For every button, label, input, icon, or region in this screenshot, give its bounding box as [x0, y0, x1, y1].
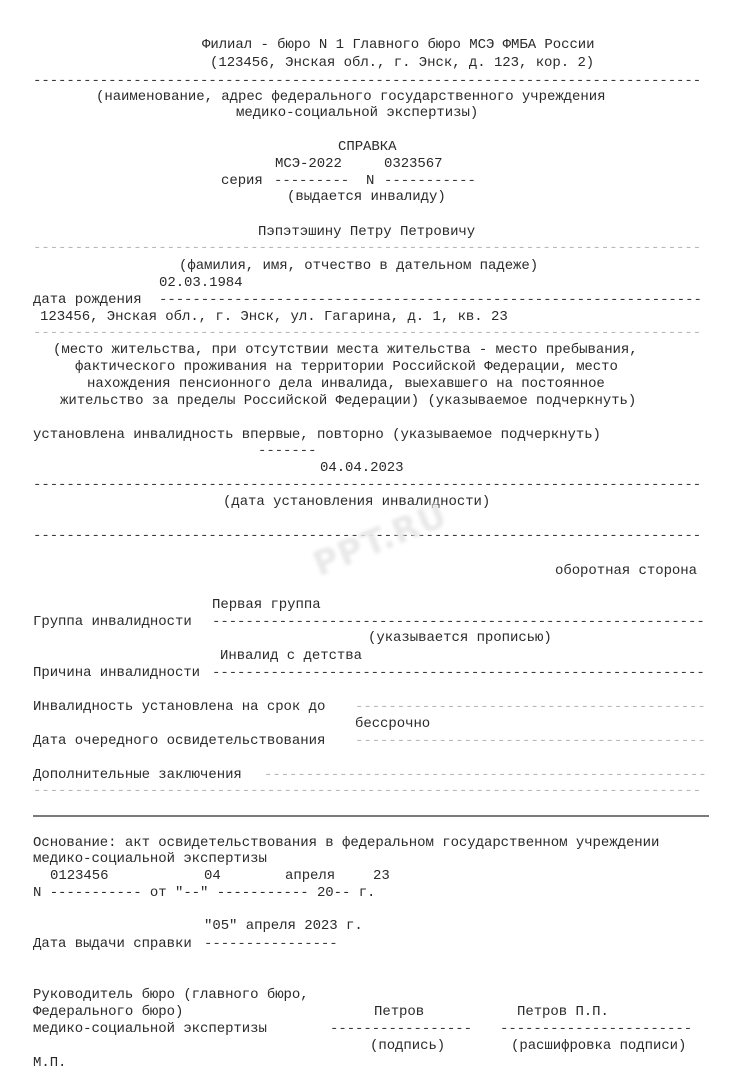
name-caption: (фамилия, имя, отчество в дательном паде… [179, 258, 538, 274]
address-caption-line: жительство за пределы Российской Федерац… [60, 393, 636, 409]
issue-date-label: Дата выдачи справки [33, 936, 192, 952]
group-underline: ----------------------------------------… [212, 614, 709, 630]
established-date-caption: (дата установления инвалидности) [223, 494, 490, 510]
signature-value: Петров [374, 1004, 424, 1020]
birth-date-value: 02.03.1984 [159, 275, 243, 291]
basis-text: Основание: акт освидетельствования в фед… [33, 835, 659, 851]
number-label: N [366, 173, 374, 189]
head-label-3: медико-социальной экспертизы [33, 1021, 267, 1037]
decoded-caption: (расшифровка подписи) [511, 1038, 686, 1054]
number-value: 0323567 [384, 156, 442, 172]
additional-underline: ----------------------------------------… [264, 767, 709, 783]
birth-date-underline: ----------------------------------------… [159, 292, 709, 308]
next-exam-underline: ----------------------------------------… [355, 733, 709, 749]
decoded-value: Петров П.П. [517, 1004, 609, 1020]
disability-established-text: установлена инвалидность впервые, повтор… [33, 427, 601, 443]
separator-line: ----------------------------------------… [33, 73, 709, 89]
head-label: Руководитель бюро (главного бюро, [33, 987, 309, 1003]
head-label-2: Федерального бюро) [33, 1004, 183, 1020]
established-date-underline: ----------------------------------------… [33, 477, 709, 493]
term-underline: ----------------------------------------… [355, 699, 709, 715]
signature-underline: ----------------- [330, 1021, 483, 1037]
institution-caption-2: медико-социальной экспертизы) [236, 105, 478, 121]
address-caption-line: фактического проживания на территории Ро… [75, 359, 618, 375]
term-label: Инвалидность установлена на срок до [33, 699, 325, 715]
institution-caption: (наименование, адрес федерального госуда… [96, 89, 605, 105]
series-value: МСЭ-2022 [275, 156, 342, 172]
act-year: 23 [373, 868, 390, 884]
series-underline: --------- [274, 173, 354, 189]
group-caption: (указывается прописью) [368, 630, 552, 646]
decoded-underline: ----------------------- [500, 1021, 709, 1037]
name-underline: ----------------------------------------… [33, 240, 709, 256]
act-day: 04 [204, 868, 221, 884]
term-value: бессрочно [355, 716, 430, 732]
cause-label: Причина инвалидности [33, 665, 200, 681]
act-month: апреля [285, 868, 335, 884]
birth-date-label: дата рождения [33, 292, 142, 308]
issue-date-underline: ---------------- [204, 936, 354, 952]
issue-date-value: "05" апреля 2023 г. [204, 918, 363, 934]
address-caption-line: нахождения пенсионного дела инвалида, вы… [87, 376, 605, 392]
institution-address: (123456, Энская обл., г. Энск, д. 123, к… [210, 55, 594, 71]
stamp-label: М.П. [33, 1055, 66, 1071]
disability-certificate-document: Филиал - бюро N 1 Главного бюро МСЭ ФМБА… [0, 0, 738, 1092]
series-label: серия [221, 173, 263, 189]
group-label: Группа инвалидности [33, 614, 192, 630]
additional-underline-2: ----------------------------------------… [33, 783, 709, 799]
basis-text-2: медико-социальной экспертизы [33, 851, 267, 867]
act-template-line: N ----------- от "--" ----------- 20-- г… [33, 885, 375, 901]
underline-mark: ------- [258, 443, 318, 459]
solid-separator [33, 815, 709, 817]
cause-underline: ----------------------------------------… [212, 665, 709, 681]
established-date-value: 04.04.2023 [320, 460, 404, 476]
institution-name: Филиал - бюро N 1 Главного бюро МСЭ ФМБА… [202, 37, 595, 53]
reverse-side-label: оборотная сторона [555, 563, 697, 579]
address-underline: ----------------------------------------… [33, 325, 709, 341]
person-name: Пэпэтэшину Петру Петровичу [258, 224, 475, 240]
cause-value: Инвалид с детства [220, 648, 362, 664]
next-exam-label: Дата очередного освидетельствования [33, 733, 325, 749]
address-value: 123456, Энская обл., г. Энск, ул. Гагари… [40, 309, 508, 325]
signature-caption: (подпись) [370, 1038, 445, 1054]
group-value: Первая группа [212, 597, 321, 613]
certificate-title: СПРАВКА [338, 139, 396, 155]
additional-label: Дополнительные заключения [33, 767, 242, 783]
issued-to-caption: (выдается инвалиду) [287, 189, 446, 205]
act-number: 0123456 [50, 868, 108, 884]
number-underline: ----------- [384, 173, 484, 189]
address-caption-line: (место жительства, при отсутствии места … [53, 342, 638, 358]
